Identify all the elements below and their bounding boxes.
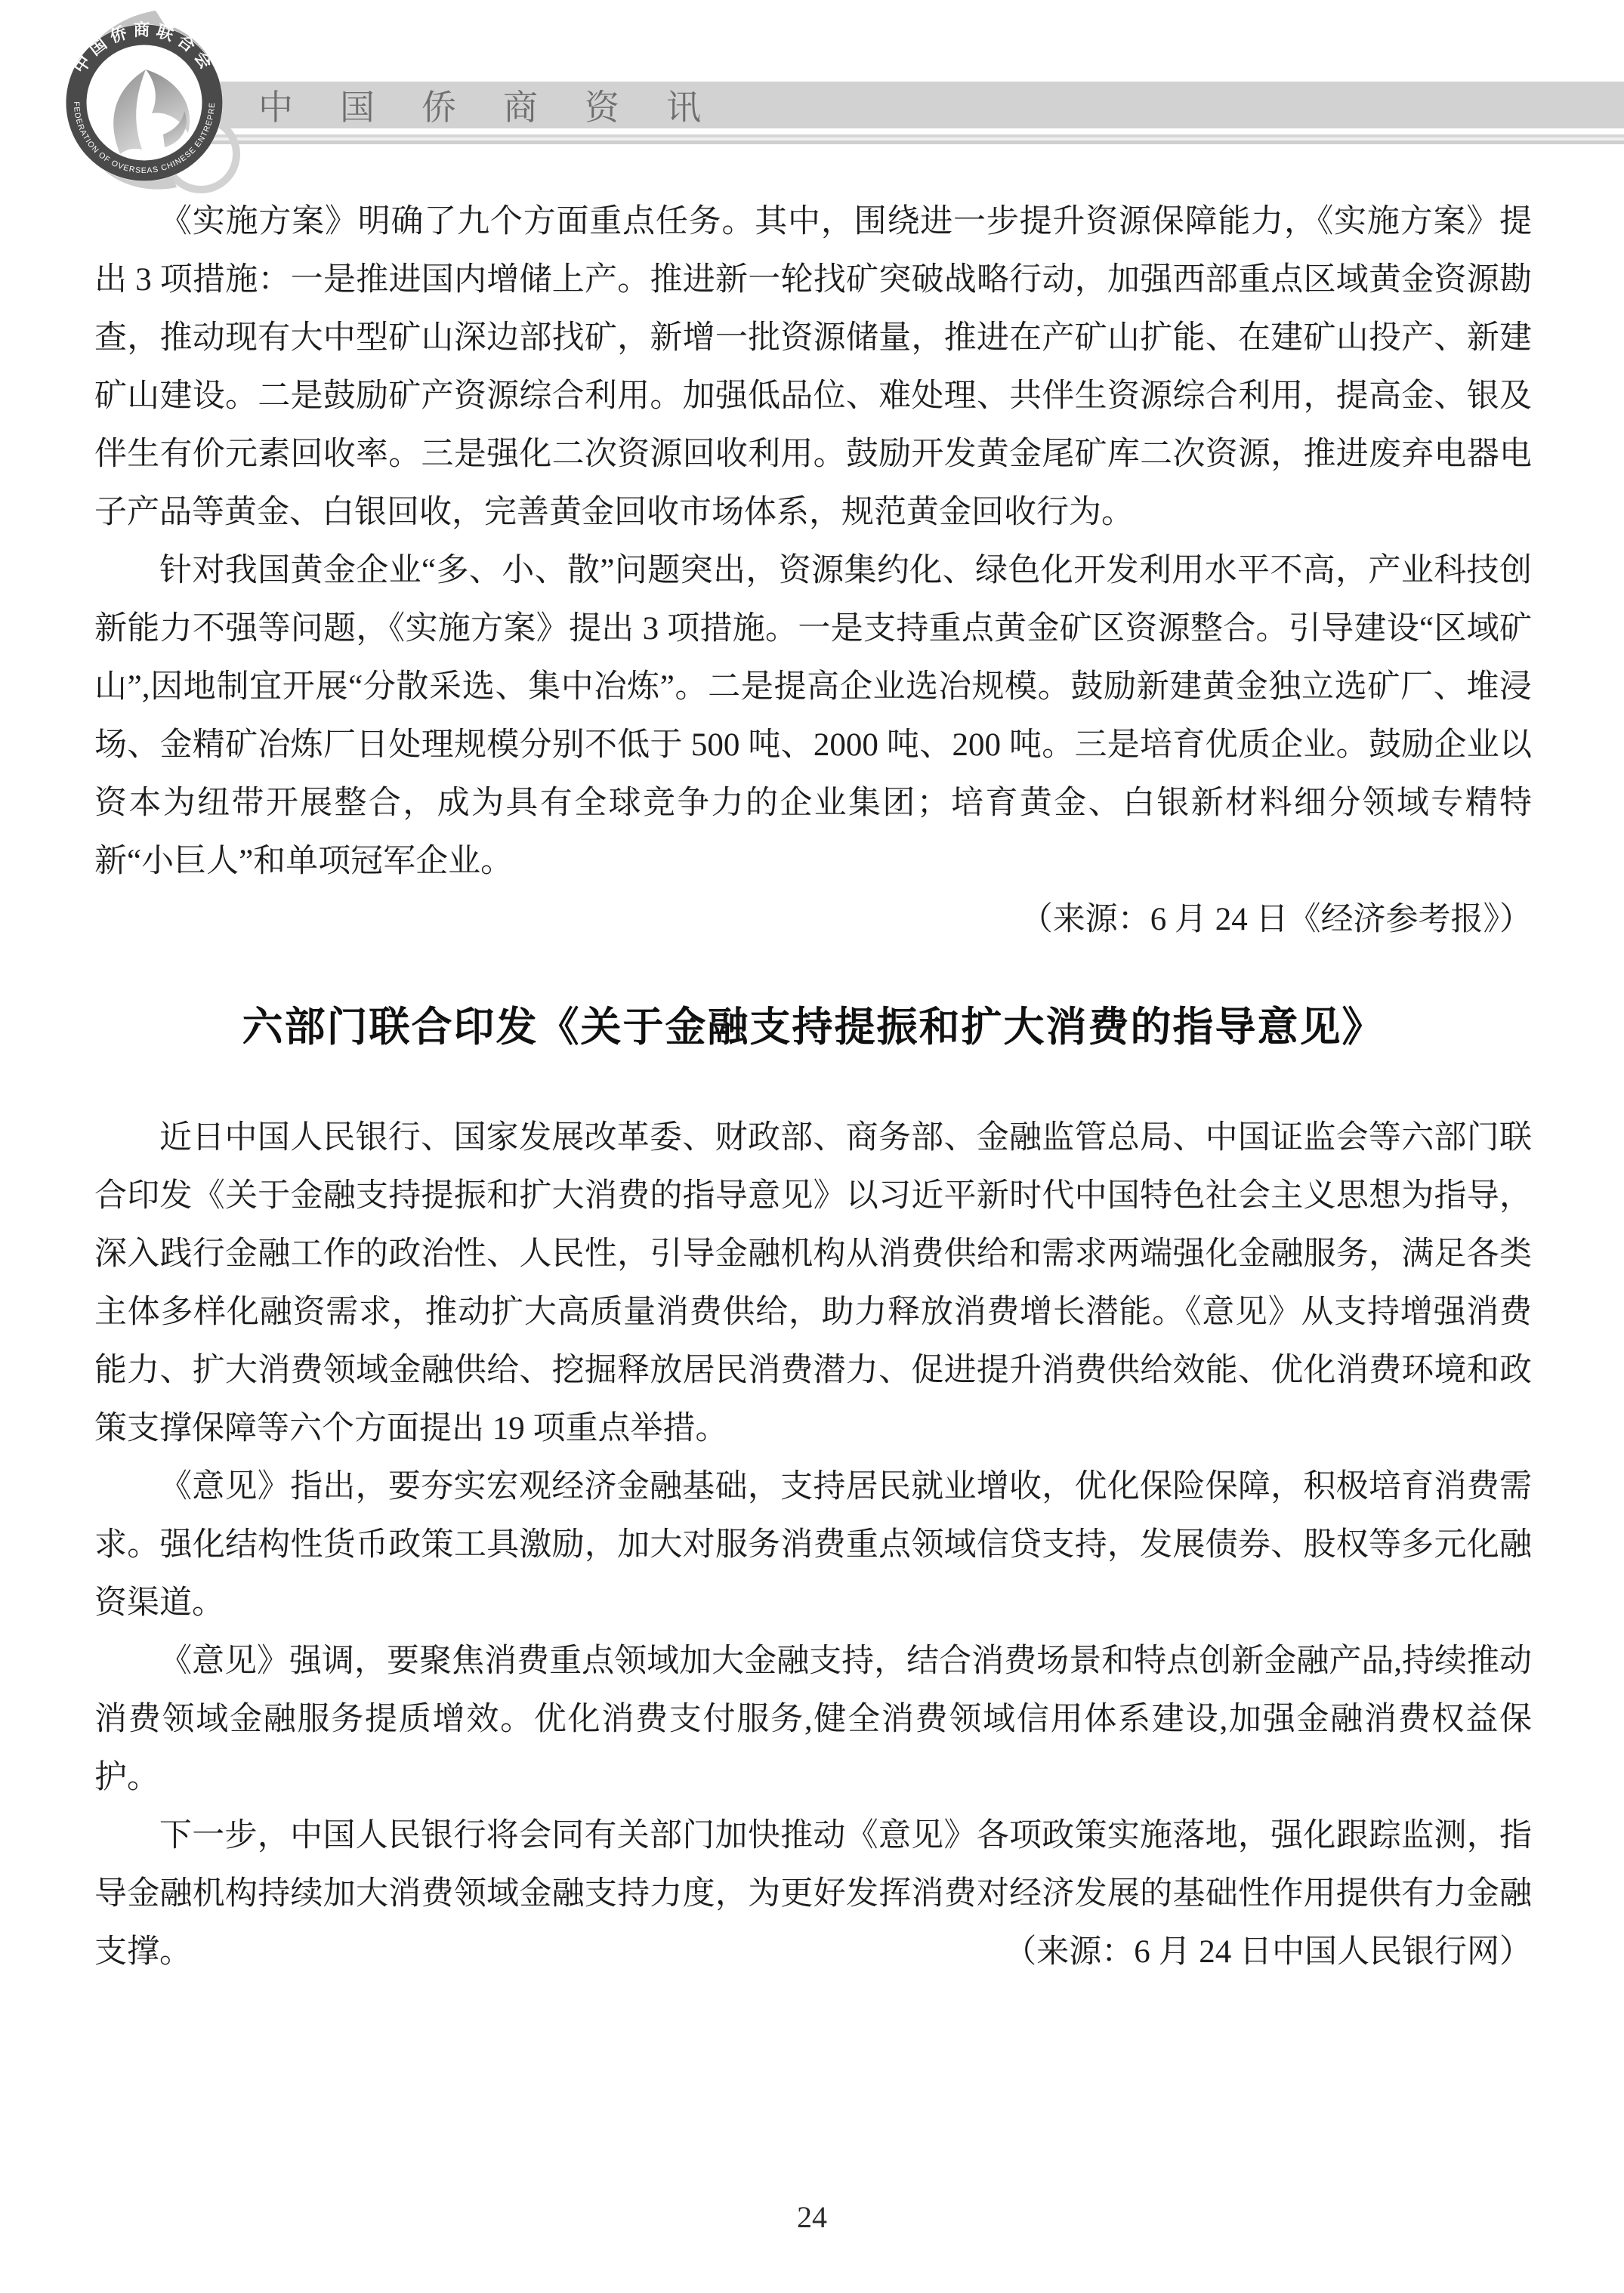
paragraph: 《意见》强调，要聚焦消费重点领域加大金融支持，结合消费场景和特点创新金融产品,持…: [94, 1632, 1532, 1807]
paragraph: 近日中国人民银行、国家发展改革委、财政部、商务部、金融监管总局、中国证监会等六部…: [94, 1109, 1532, 1458]
paragraph: 《意见》指出，要夯实宏观经济金融基础，支持居民就业增收，优化保险保障，积极培育消…: [94, 1458, 1532, 1632]
document-page: 中国侨商资讯 中国侨商联合会 CHINA FE: [0, 0, 1624, 2293]
header-banner: 中国侨商资讯: [195, 82, 1624, 128]
header-divider-stripes: [195, 134, 1624, 144]
source-attribution: （来源：6 月 24 日中国人民银行网）: [1004, 1923, 1532, 1981]
banner-title: 中国侨商资讯: [195, 80, 748, 130]
article-title: 六部门联合印发《关于金融支持提振和扩大消费的指导意见》: [94, 1003, 1532, 1051]
source-attribution: （来源：6 月 24 日《经济参考报》）: [94, 890, 1532, 949]
paragraph: 《实施方案》明确了九个方面重点任务。其中，围绕进一步提升资源保障能力，《实施方案…: [94, 193, 1532, 542]
organization-logo-icon: 中国侨商联合会 CHINA FEDERATION OF OVERSEAS CHI…: [29, 6, 269, 196]
paragraph: 针对我国黄金企业“多、小、散”问题突出，资源集约化、绿色化开发利用水平不高，产业…: [94, 542, 1532, 890]
page-number: 24: [0, 2199, 1624, 2235]
text-column: 《实施方案》明确了九个方面重点任务。其中，围绕进一步提升资源保障能力，《实施方案…: [94, 193, 1532, 1981]
paragraph: 下一步，中国人民银行将会同有关部门加快推动《意见》各项政策实施落地，强化跟踪监测…: [94, 1807, 1532, 1981]
